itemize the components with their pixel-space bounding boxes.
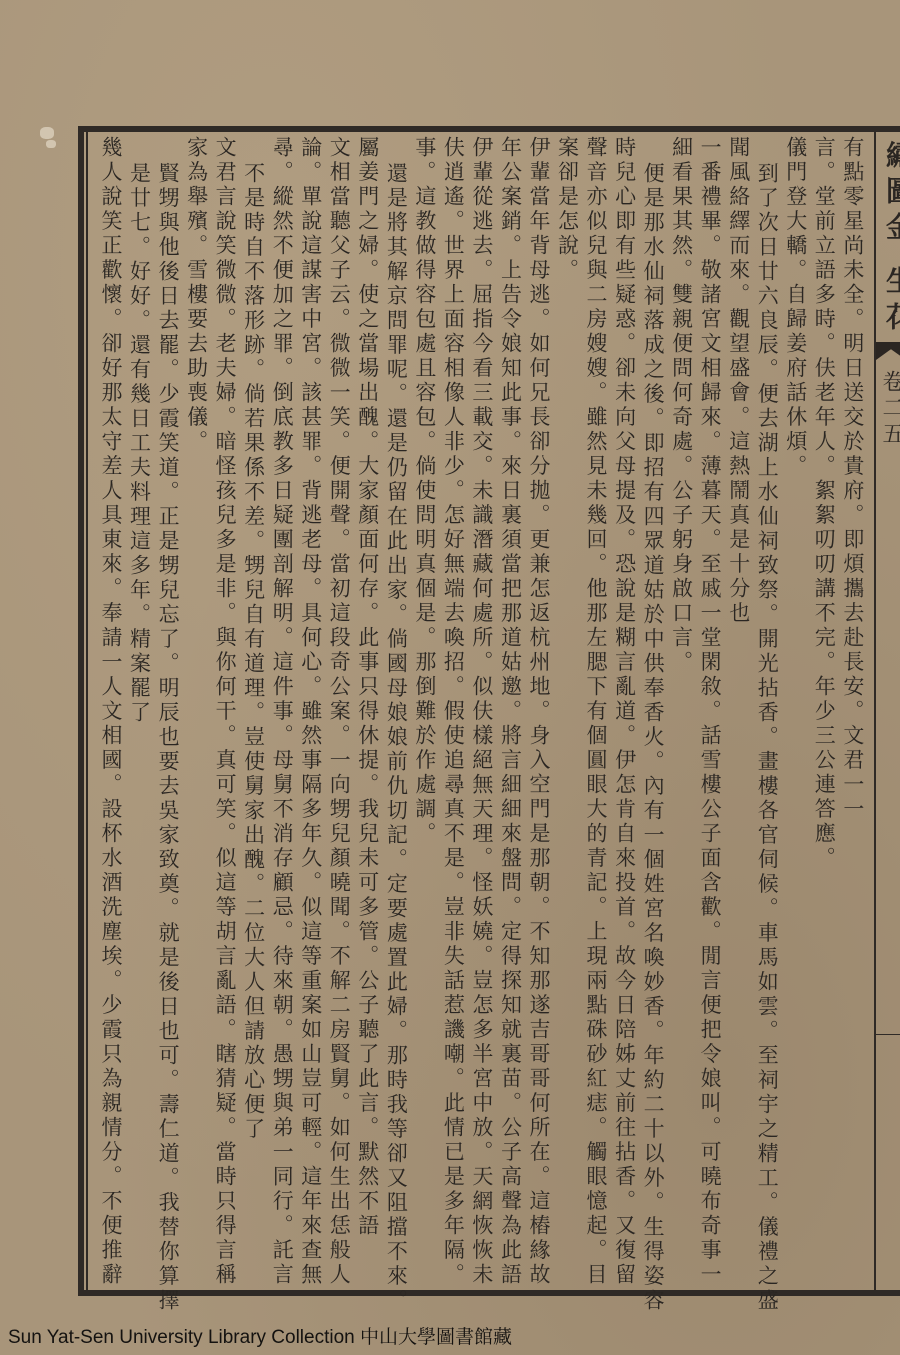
text-column: 一番禮畢。敬諸宮文相歸來。薄暮天。至戚一堂閑敘。話雪樓公子面含歡。閒言便把令娘叫… bbox=[697, 136, 723, 1286]
text-column: 有點零星尚未全。明日送交於貴府。即煩攜去赴長安。文君一一 bbox=[840, 136, 866, 1286]
text-column: 聞風絡繹而來。觀望盛會。這熱鬧真是十分也 bbox=[726, 136, 752, 1286]
text-column: 案卻是怎說。 bbox=[555, 136, 581, 1286]
text-column: 尋。縱然不便加之罪。倒底教多日疑團剖解明。這件事。母舅不消存顧忌。待來朝。愚甥與… bbox=[269, 136, 295, 1286]
text-column: 幾人說笑正歡懷。卻好那太守差人具東來。奉請一人文相國。設杯水酒洗塵埃。少霞只為親… bbox=[98, 136, 124, 1286]
library-watermark: Sun Yat-Sen University Library Collectio… bbox=[8, 1322, 512, 1349]
watermark-english: Sun Yat-Sen University Library Collectio… bbox=[8, 1327, 355, 1348]
book-title: 繡圖金 生花 bbox=[878, 140, 900, 338]
text-column: 屬姜門之婦。使之當場出醜。大家顏面何存。此事只得休提。我兒未可多管。公子聽了此言… bbox=[355, 136, 381, 1286]
text-column: 到了次日廿六良辰。便去湖上水仙祠致祭。開光拈香。畫樓各官伺候。車馬如雲。至祠宇之… bbox=[754, 136, 780, 1312]
text-column: 家為舉殯。雪樓要去助喪儀。 bbox=[184, 136, 210, 1286]
text-column: 細看果其然。雙親便問何奇處。公子躬身啟口言。 bbox=[669, 136, 695, 1286]
binding-hole bbox=[40, 127, 54, 139]
fishtail-mark-icon bbox=[876, 342, 900, 360]
text-column: 賢甥與他後日去罷。少霞笑道。正是甥兒忘了。明辰也要去吳家致奠。就是後日也可。壽仁… bbox=[155, 136, 181, 1312]
text-column: 是廿七。好好。還有幾日工夫料理這多年。精案罷了 bbox=[127, 136, 153, 1312]
text-column: 言。堂前立語多時。伕老年人。絮絮叨叨講不完。年少三公連答應。 bbox=[811, 136, 837, 1286]
volume-mark: 卷二五 bbox=[876, 370, 900, 448]
text-column: 論。單說這謀害中宮。該甚罪。背逃老母。具何心。雖然事隔多年久。似這等重案如山豈可… bbox=[298, 136, 324, 1286]
text-column: 伊輩從逃去。屈指今看三載交。未識潛藏何處所。似伕樣絕無天理。怪妖嬈。豈怎多半宮中… bbox=[469, 136, 495, 1286]
margin-tick bbox=[876, 1034, 900, 1035]
text-column: 年公案銷。上告令娘知此事。來日裏須當把那道姑邀。將言細細來盤問。定得探知就裏苗。… bbox=[497, 136, 523, 1286]
text-column: 儀門登大轎。自歸姜府話休煩。 bbox=[783, 136, 809, 1286]
text-column: 伕逍遙。世界上面容相像人非少。怎好無端去喚招。假使追尋真不是。豈非失話惹譏嘲。此… bbox=[440, 136, 466, 1286]
binding-hole bbox=[46, 140, 56, 148]
text-column: 事。這教做得容包處且容包。倘使問明真個是。那倒難於作處調。 bbox=[412, 136, 438, 1286]
text-column: 聲音亦似兒與二房嫂嫂。雖然見未幾回。他那左腮下有個圓眼大的青記。上現兩點硃砂紅痣… bbox=[583, 136, 609, 1286]
text-column: 便是那水仙祠落成之後。即招有四眾道姑於中供奉香火。內有一個姓宮名喚妙香。年約二十… bbox=[640, 136, 666, 1312]
watermark-chinese: 中山大學圖書館藏 bbox=[360, 1326, 512, 1348]
text-column: 時兒心即有些疑惑。卻未向父母提及。恐說是糊言亂道。伊怎肯自來投首。故今日陪姊丈前… bbox=[612, 136, 638, 1286]
text-column: 文相當聽父子云。微微一笑。便開聲。當初這段奇公案。一向甥兒顏曉聞。不解二房賢舅。… bbox=[326, 136, 352, 1286]
text-column: 文君言說笑微微。老夫婦。暗怪孩兒多是非。與你何干。真可笑。似這等胡言亂語。瞎猜疑… bbox=[212, 136, 238, 1286]
main-text-body: 有點零星尚未全。明日送交於貴府。即煩攜去赴長安。文君一一 言。堂前立語多時。伕老… bbox=[92, 136, 872, 1286]
text-column: 還是將其解京問罪呢。還是仍留在此出家。倘國母娘娘前仇切記。定要處置此婦。那時我等… bbox=[383, 136, 409, 1312]
text-column: 伊輩當年背母逃。如何兄長卻分拋。更兼怎返杭州地。身入空門是那朝。不知那遂吉哥哥何… bbox=[526, 136, 552, 1286]
text-column: 不是時自不落形跡。倘若果係不差。甥兒自有道理。豈使舅家出醜。二位大人但請放心便了 bbox=[241, 136, 267, 1312]
center-margin-banxin: 繡圖金 生花 卷二五 bbox=[876, 134, 900, 1284]
